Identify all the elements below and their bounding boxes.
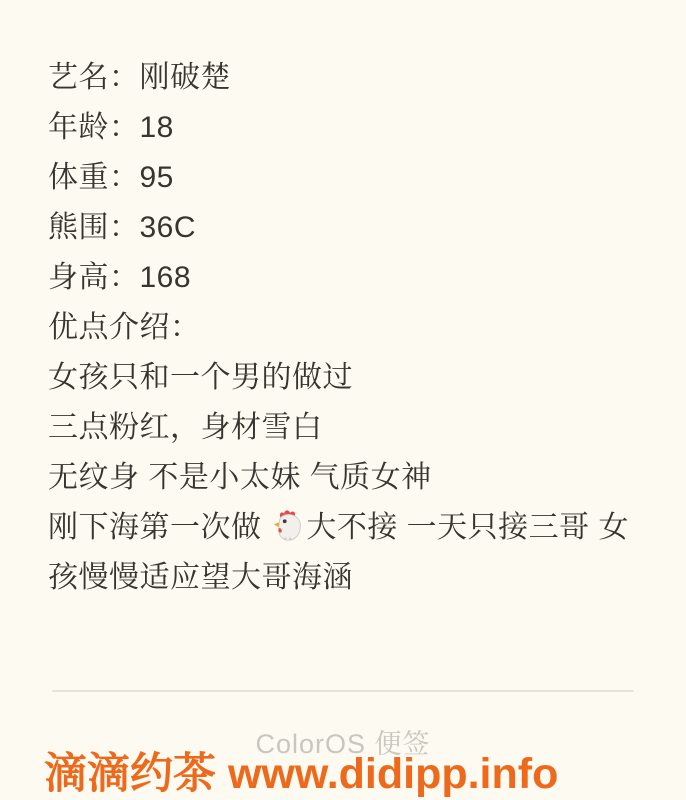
note-line: 三点粉红，身材雪白 xyxy=(48,403,636,453)
note-line: 女孩只和一个男的做过 xyxy=(48,353,636,403)
note-line: 无纹身 不是小太妹 气质女神 xyxy=(48,453,636,503)
note-line-wrapped: 刚下海第一次做 大不接 一天只接三哥 女孩慢慢适应望大哥海涵 xyxy=(48,503,636,603)
note-line: 体重：95 xyxy=(48,153,636,203)
note-content[interactable]: 艺名：刚破楚 年龄：18 体重：95 熊围：36C 身高：168 优点介绍： 女… xyxy=(48,53,636,603)
note-content-divider xyxy=(52,690,634,692)
note-line: 年龄：18 xyxy=(48,103,636,153)
note-line-text-before-emoji: 刚下海第一次做 xyxy=(48,511,270,544)
note-line: 艺名：刚破楚 xyxy=(48,53,636,103)
note-line: 熊围：36C xyxy=(48,203,636,253)
didipp-watermark: 滴滴约茶 www.didipp.info xyxy=(44,740,558,800)
notes-app-screen: 艺名：刚破楚 年龄：18 体重：95 熊围：36C 身高：168 优点介绍： 女… xyxy=(0,0,686,800)
note-line: 优点介绍： xyxy=(48,303,636,353)
rooster-emoji xyxy=(271,509,305,543)
note-line: 身高：168 xyxy=(48,253,636,303)
